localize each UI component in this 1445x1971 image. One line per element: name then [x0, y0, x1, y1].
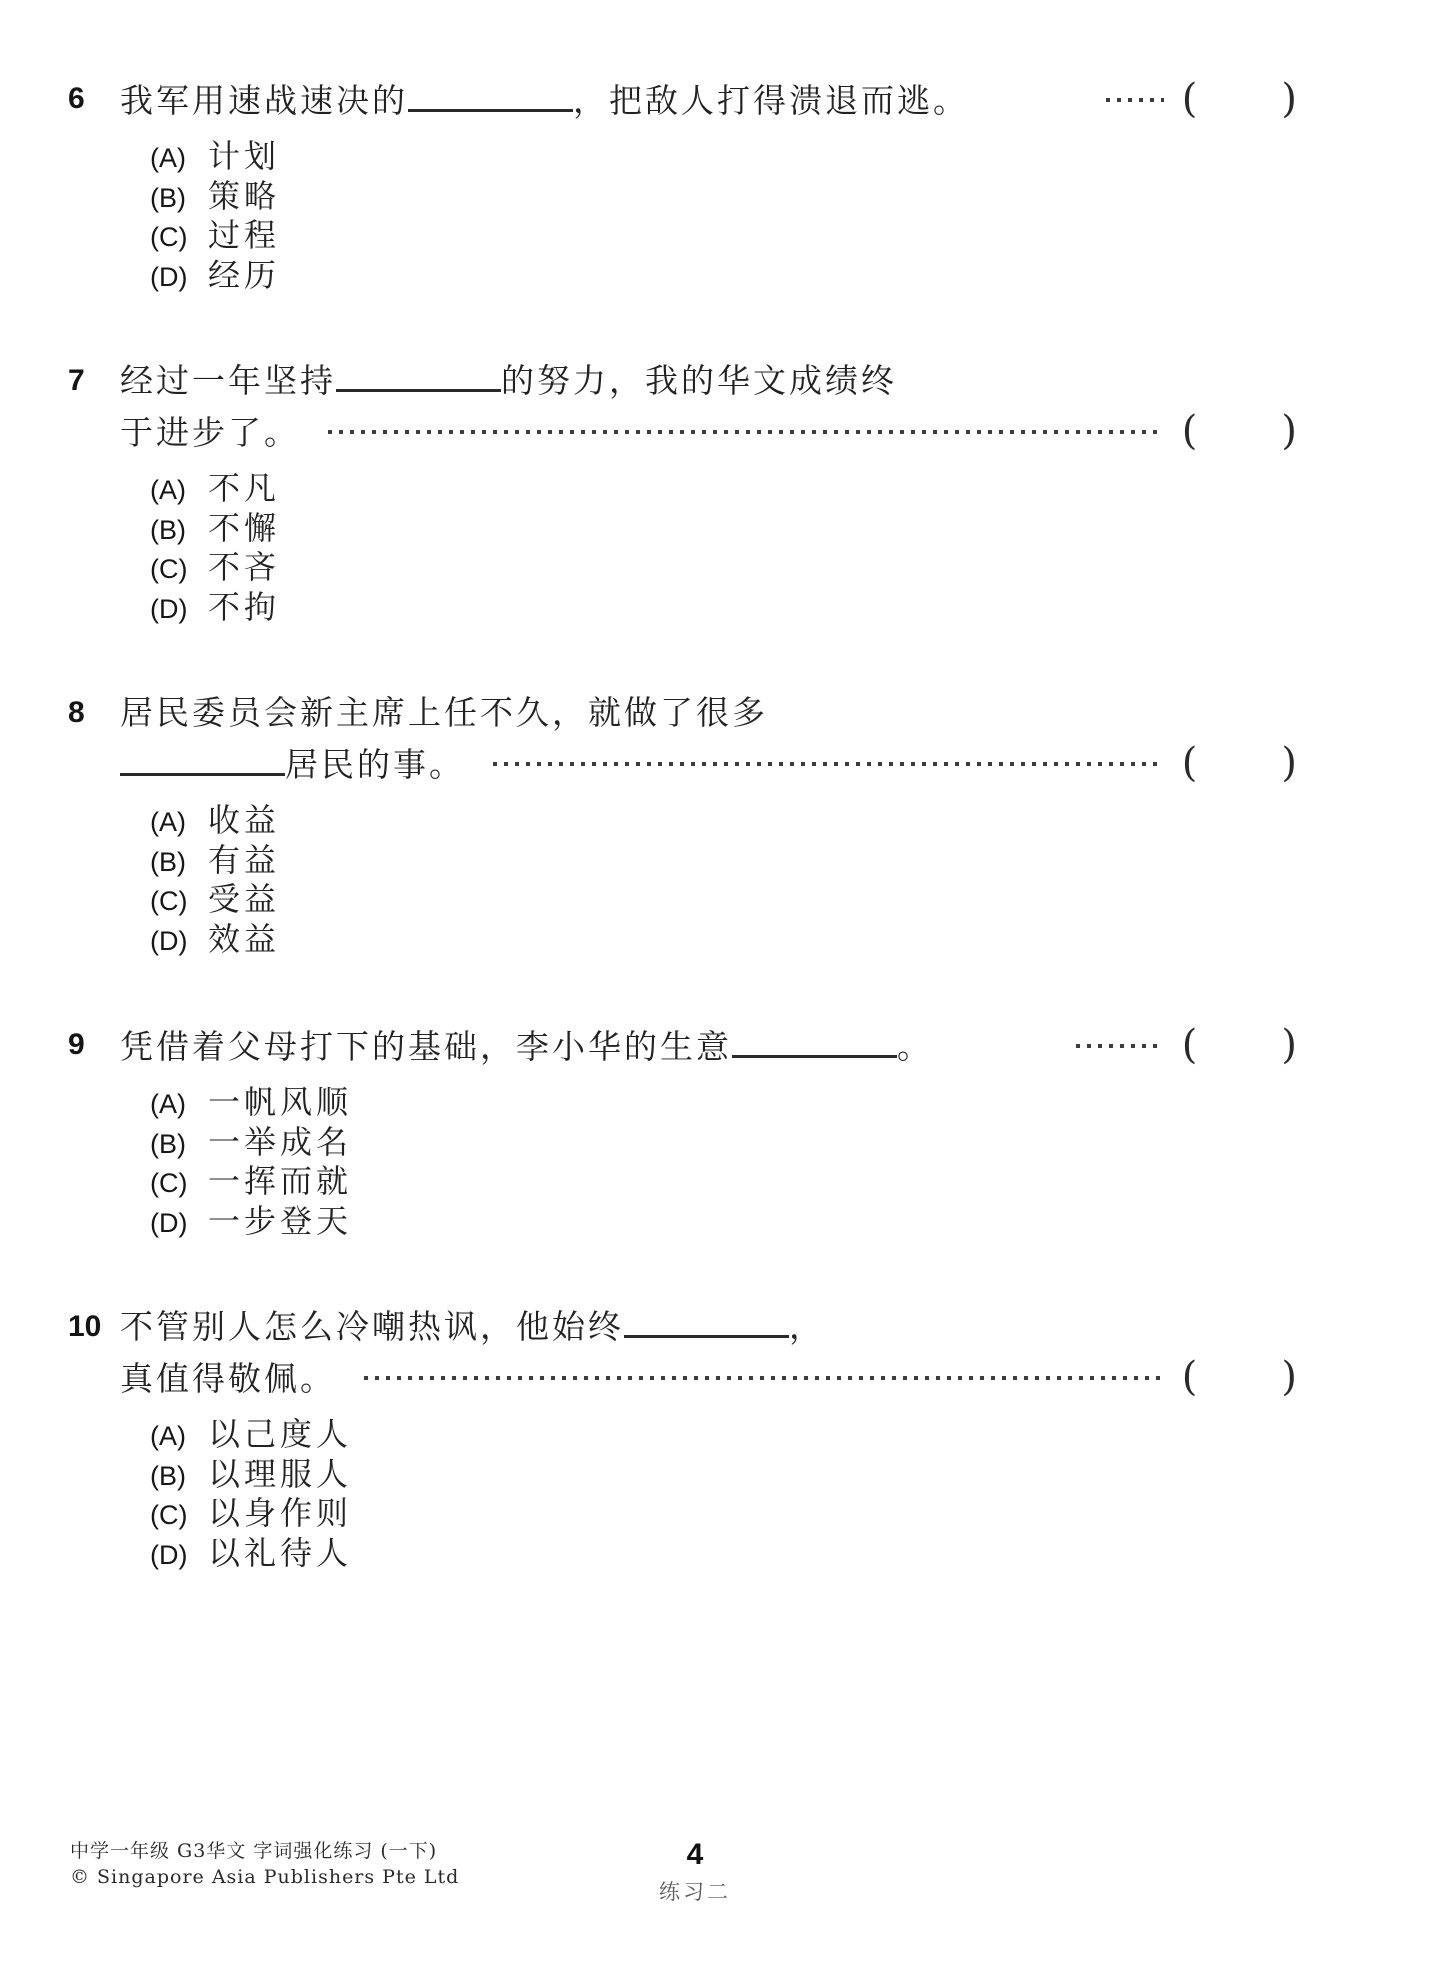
option-row-a: (A)收益	[150, 802, 1297, 842]
option-text: 一举成名	[208, 1124, 352, 1162]
question-9: 9 凭借着父母打下的基础，李小华的生意 。 () (A)一帆风顺 (B)一举成名…	[0, 1020, 1445, 1242]
answer-bracket-close: )	[1281, 406, 1297, 456]
option-label: (D)	[150, 591, 208, 629]
option-label: (D)	[150, 1205, 208, 1243]
answer-bracket: ()	[1182, 406, 1297, 456]
fill-in-blank	[624, 1335, 789, 1338]
option-row-c: (C)受益	[150, 881, 1297, 921]
stem-text: 。	[897, 1022, 933, 1072]
option-label: (B)	[150, 180, 208, 218]
option-label: (C)	[150, 1165, 208, 1203]
fill-in-blank	[120, 773, 285, 776]
stem-text: 居民委员会新主席上任不久，就做了很多	[120, 688, 768, 738]
option-label: (A)	[150, 1086, 208, 1124]
answer-bracket: ()	[1182, 738, 1297, 788]
question-stem: 我军用速战速决的 ，把敌人打得溃退而逃。 ()	[120, 74, 1297, 126]
option-row-b: (B)有益	[150, 842, 1297, 882]
question-stem-line-2: 于进步了。 ()	[120, 406, 1297, 458]
question-number: 8	[68, 688, 120, 960]
option-label: (B)	[150, 1126, 208, 1164]
option-text: 过程	[208, 217, 280, 255]
option-row-d: (D)不拘	[150, 589, 1297, 629]
option-label: (C)	[150, 219, 208, 257]
stem-text: 的努力，我的华文成绩终	[501, 356, 897, 406]
answer-bracket-open: (	[1182, 1352, 1198, 1402]
stem-text: 不管别人怎么冷嘲热讽，他始终	[120, 1302, 624, 1352]
option-label: (D)	[150, 1537, 208, 1575]
option-text: 以己度人	[208, 1416, 352, 1454]
options-list: (A)计划 (B)策略 (C)过程 (D)经历	[120, 138, 1297, 296]
page-footer-center: 4 练习二	[643, 1840, 747, 1906]
exercise-label: 练习二	[643, 1876, 747, 1906]
option-row-a: (A)计划	[150, 138, 1297, 178]
question-body: 居民委员会新主席上任不久，就做了很多 居民的事。 () (A)收益 (B)有益 …	[120, 688, 1297, 960]
option-label: (A)	[150, 140, 208, 178]
option-row-b: (B)不懈	[150, 510, 1297, 550]
options-list: (A)不凡 (B)不懈 (C)不吝 (D)不拘	[120, 470, 1297, 628]
question-stem-line-1: 不管别人怎么冷嘲热讽，他始终 ，	[120, 1302, 1297, 1352]
option-label: (D)	[150, 259, 208, 297]
answer-bracket-close: )	[1281, 1352, 1297, 1402]
answer-bracket-open: (	[1182, 406, 1198, 456]
stem-text: 居民的事。	[285, 740, 465, 790]
option-text: 策略	[208, 178, 280, 216]
option-text: 有益	[208, 842, 280, 880]
question-8: 8 居民委员会新主席上任不久，就做了很多 居民的事。 () (A)收益 (B)有…	[0, 688, 1445, 960]
question-number: 7	[68, 356, 120, 628]
answer-bracket: ()	[1182, 1352, 1297, 1402]
stem-text: 于进步了。	[120, 408, 300, 458]
stem-text: ，把敌人打得溃退而逃。	[573, 76, 969, 126]
question-7: 7 经过一年坚持 的努力，我的华文成绩终 于进步了。 () (A)不凡 (B)不…	[0, 356, 1445, 628]
option-row-c: (C)一挥而就	[150, 1163, 1297, 1203]
stem-text: 我军用速战速决的	[120, 76, 408, 126]
stem-text: 经过一年坚持	[120, 356, 336, 406]
option-row-c: (C)以身作则	[150, 1495, 1297, 1535]
option-label: (C)	[150, 883, 208, 921]
option-text: 不懈	[208, 510, 280, 548]
option-label: (B)	[150, 844, 208, 882]
option-row-d: (D)效益	[150, 921, 1297, 961]
question-number: 9	[68, 1020, 120, 1242]
question-number: 6	[68, 74, 120, 296]
question-number: 10	[68, 1302, 120, 1574]
answer-bracket: ()	[1182, 1020, 1297, 1070]
options-list: (A)以己度人 (B)以理服人 (C)以身作则 (D)以礼待人	[120, 1416, 1297, 1574]
option-row-c: (C)过程	[150, 217, 1297, 257]
stem-text: 真值得敬佩。	[120, 1354, 336, 1404]
fill-in-blank	[732, 1055, 897, 1058]
dot-leader	[328, 430, 1164, 434]
option-row-b: (B)一举成名	[150, 1124, 1297, 1164]
page-number: 4	[643, 1840, 747, 1870]
option-text: 以礼待人	[208, 1535, 352, 1573]
answer-bracket-close: )	[1281, 738, 1297, 788]
footer-book-title: 中学一年级 G3华文 字词强化练习 (一下)	[70, 1838, 459, 1864]
option-label: (A)	[150, 1418, 208, 1456]
option-text: 不凡	[208, 470, 280, 508]
question-body: 我军用速战速决的 ，把敌人打得溃退而逃。 () (A)计划 (B)策略 (C)过…	[120, 74, 1297, 296]
option-row-d: (D)一步登天	[150, 1203, 1297, 1243]
question-stem-line-2: 居民的事。 ()	[120, 738, 1297, 790]
stem-text: 凭借着父母打下的基础，李小华的生意	[120, 1022, 732, 1072]
option-label: (B)	[150, 1458, 208, 1496]
question-stem: 凭借着父母打下的基础，李小华的生意 。 ()	[120, 1020, 1297, 1072]
option-text: 以理服人	[208, 1456, 352, 1494]
option-row-b: (B)以理服人	[150, 1456, 1297, 1496]
option-row-b: (B)策略	[150, 178, 1297, 218]
dot-leader	[364, 1376, 1164, 1380]
question-stem-line-1: 经过一年坚持 的努力，我的华文成绩终	[120, 356, 1297, 406]
question-body: 不管别人怎么冷嘲热讽，他始终 ， 真值得敬佩。 () (A)以己度人 (B)以理…	[120, 1302, 1297, 1574]
option-text: 以身作则	[208, 1495, 352, 1533]
option-text: 不吝	[208, 549, 280, 587]
option-label: (D)	[150, 923, 208, 961]
option-text: 不拘	[208, 589, 280, 627]
answer-bracket-open: (	[1182, 1020, 1198, 1070]
page-footer-left: 中学一年级 G3华文 字词强化练习 (一下) © Singapore Asia …	[70, 1838, 459, 1890]
option-label: (A)	[150, 472, 208, 510]
option-row-a: (A)以己度人	[150, 1416, 1297, 1456]
question-body: 经过一年坚持 的努力，我的华文成绩终 于进步了。 () (A)不凡 (B)不懈 …	[120, 356, 1297, 628]
answer-bracket-open: (	[1182, 738, 1198, 788]
option-row-d: (D)经历	[150, 257, 1297, 297]
footer-copyright: © Singapore Asia Publishers Pte Ltd	[70, 1864, 459, 1890]
answer-bracket: ()	[1182, 74, 1297, 124]
option-label: (B)	[150, 512, 208, 550]
option-text: 经历	[208, 257, 280, 295]
options-list: (A)收益 (B)有益 (C)受益 (D)效益	[120, 802, 1297, 960]
stem-text: ，	[789, 1302, 825, 1352]
dot-leader	[1106, 98, 1164, 102]
question-stem-line-1: 居民委员会新主席上任不久，就做了很多	[120, 688, 1297, 738]
question-body: 凭借着父母打下的基础，李小华的生意 。 () (A)一帆风顺 (B)一举成名 (…	[120, 1020, 1297, 1242]
option-text: 一挥而就	[208, 1163, 352, 1201]
worksheet-page: 6 我军用速战速决的 ，把敌人打得溃退而逃。 () (A)计划 (B)策略 (C…	[0, 74, 1445, 1634]
question-stem-line-2: 真值得敬佩。 ()	[120, 1352, 1297, 1404]
option-text: 受益	[208, 881, 280, 919]
fill-in-blank	[408, 109, 573, 112]
option-text: 一步登天	[208, 1203, 352, 1241]
options-list: (A)一帆风顺 (B)一举成名 (C)一挥而就 (D)一步登天	[120, 1084, 1297, 1242]
answer-bracket-close: )	[1281, 1020, 1297, 1070]
question-10: 10 不管别人怎么冷嘲热讽，他始终 ， 真值得敬佩。 () (A)以己度人 (B…	[0, 1302, 1445, 1574]
option-row-a: (A)一帆风顺	[150, 1084, 1297, 1124]
option-label: (C)	[150, 1497, 208, 1535]
answer-bracket-open: (	[1182, 74, 1198, 124]
option-row-a: (A)不凡	[150, 470, 1297, 510]
option-label: (C)	[150, 551, 208, 589]
option-row-c: (C)不吝	[150, 549, 1297, 589]
option-text: 收益	[208, 802, 280, 840]
option-label: (A)	[150, 804, 208, 842]
dot-leader	[493, 762, 1164, 766]
answer-bracket-close: )	[1281, 74, 1297, 124]
option-row-d: (D)以礼待人	[150, 1535, 1297, 1575]
dot-leader	[1076, 1044, 1164, 1048]
option-text: 一帆风顺	[208, 1084, 352, 1122]
fill-in-blank	[336, 389, 501, 392]
option-text: 效益	[208, 921, 280, 959]
question-6: 6 我军用速战速决的 ，把敌人打得溃退而逃。 () (A)计划 (B)策略 (C…	[0, 74, 1445, 296]
option-text: 计划	[208, 138, 280, 176]
